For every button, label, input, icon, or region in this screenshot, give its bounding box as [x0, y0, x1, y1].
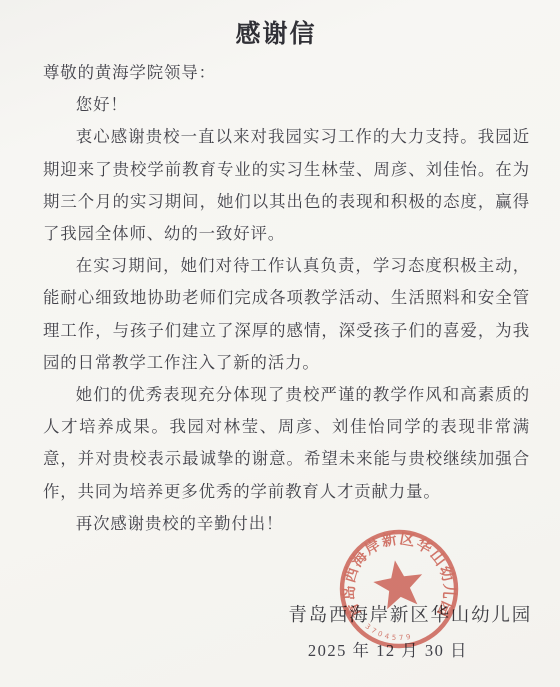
paragraph-1: 衷心感谢贵校一直以来对我园实习工作的大力支持。我园近期迎来了贵校学前教育专业的实… [43, 121, 530, 250]
letter-document: 感谢信 尊敬的黄海学院领导： 您好！ 衷心感谢贵校一直以来对我园实习工作的大力支… [0, 0, 560, 687]
paragraph-2: 在实习期间，她们对待工作认真负责，学习态度积极主动，能耐心细致地协助老师们完成各… [43, 250, 530, 379]
official-seal: 青岛西海岸新区华山幼儿园 3704579 [318, 508, 480, 670]
greeting: 您好！ [43, 89, 530, 121]
letter-body: 尊敬的黄海学院领导： 您好！ 衷心感谢贵校一直以来对我园实习工作的大力支持。我园… [43, 57, 530, 540]
seal-star-icon [371, 556, 427, 610]
paragraph-3: 她们的优秀表现充分体现了贵校严谨的教学作风和高素质的人才培养成果。我园对林莹、周… [43, 379, 530, 508]
salutation: 尊敬的黄海学院领导： [43, 57, 530, 89]
letter-title: 感谢信 [0, 14, 552, 50]
